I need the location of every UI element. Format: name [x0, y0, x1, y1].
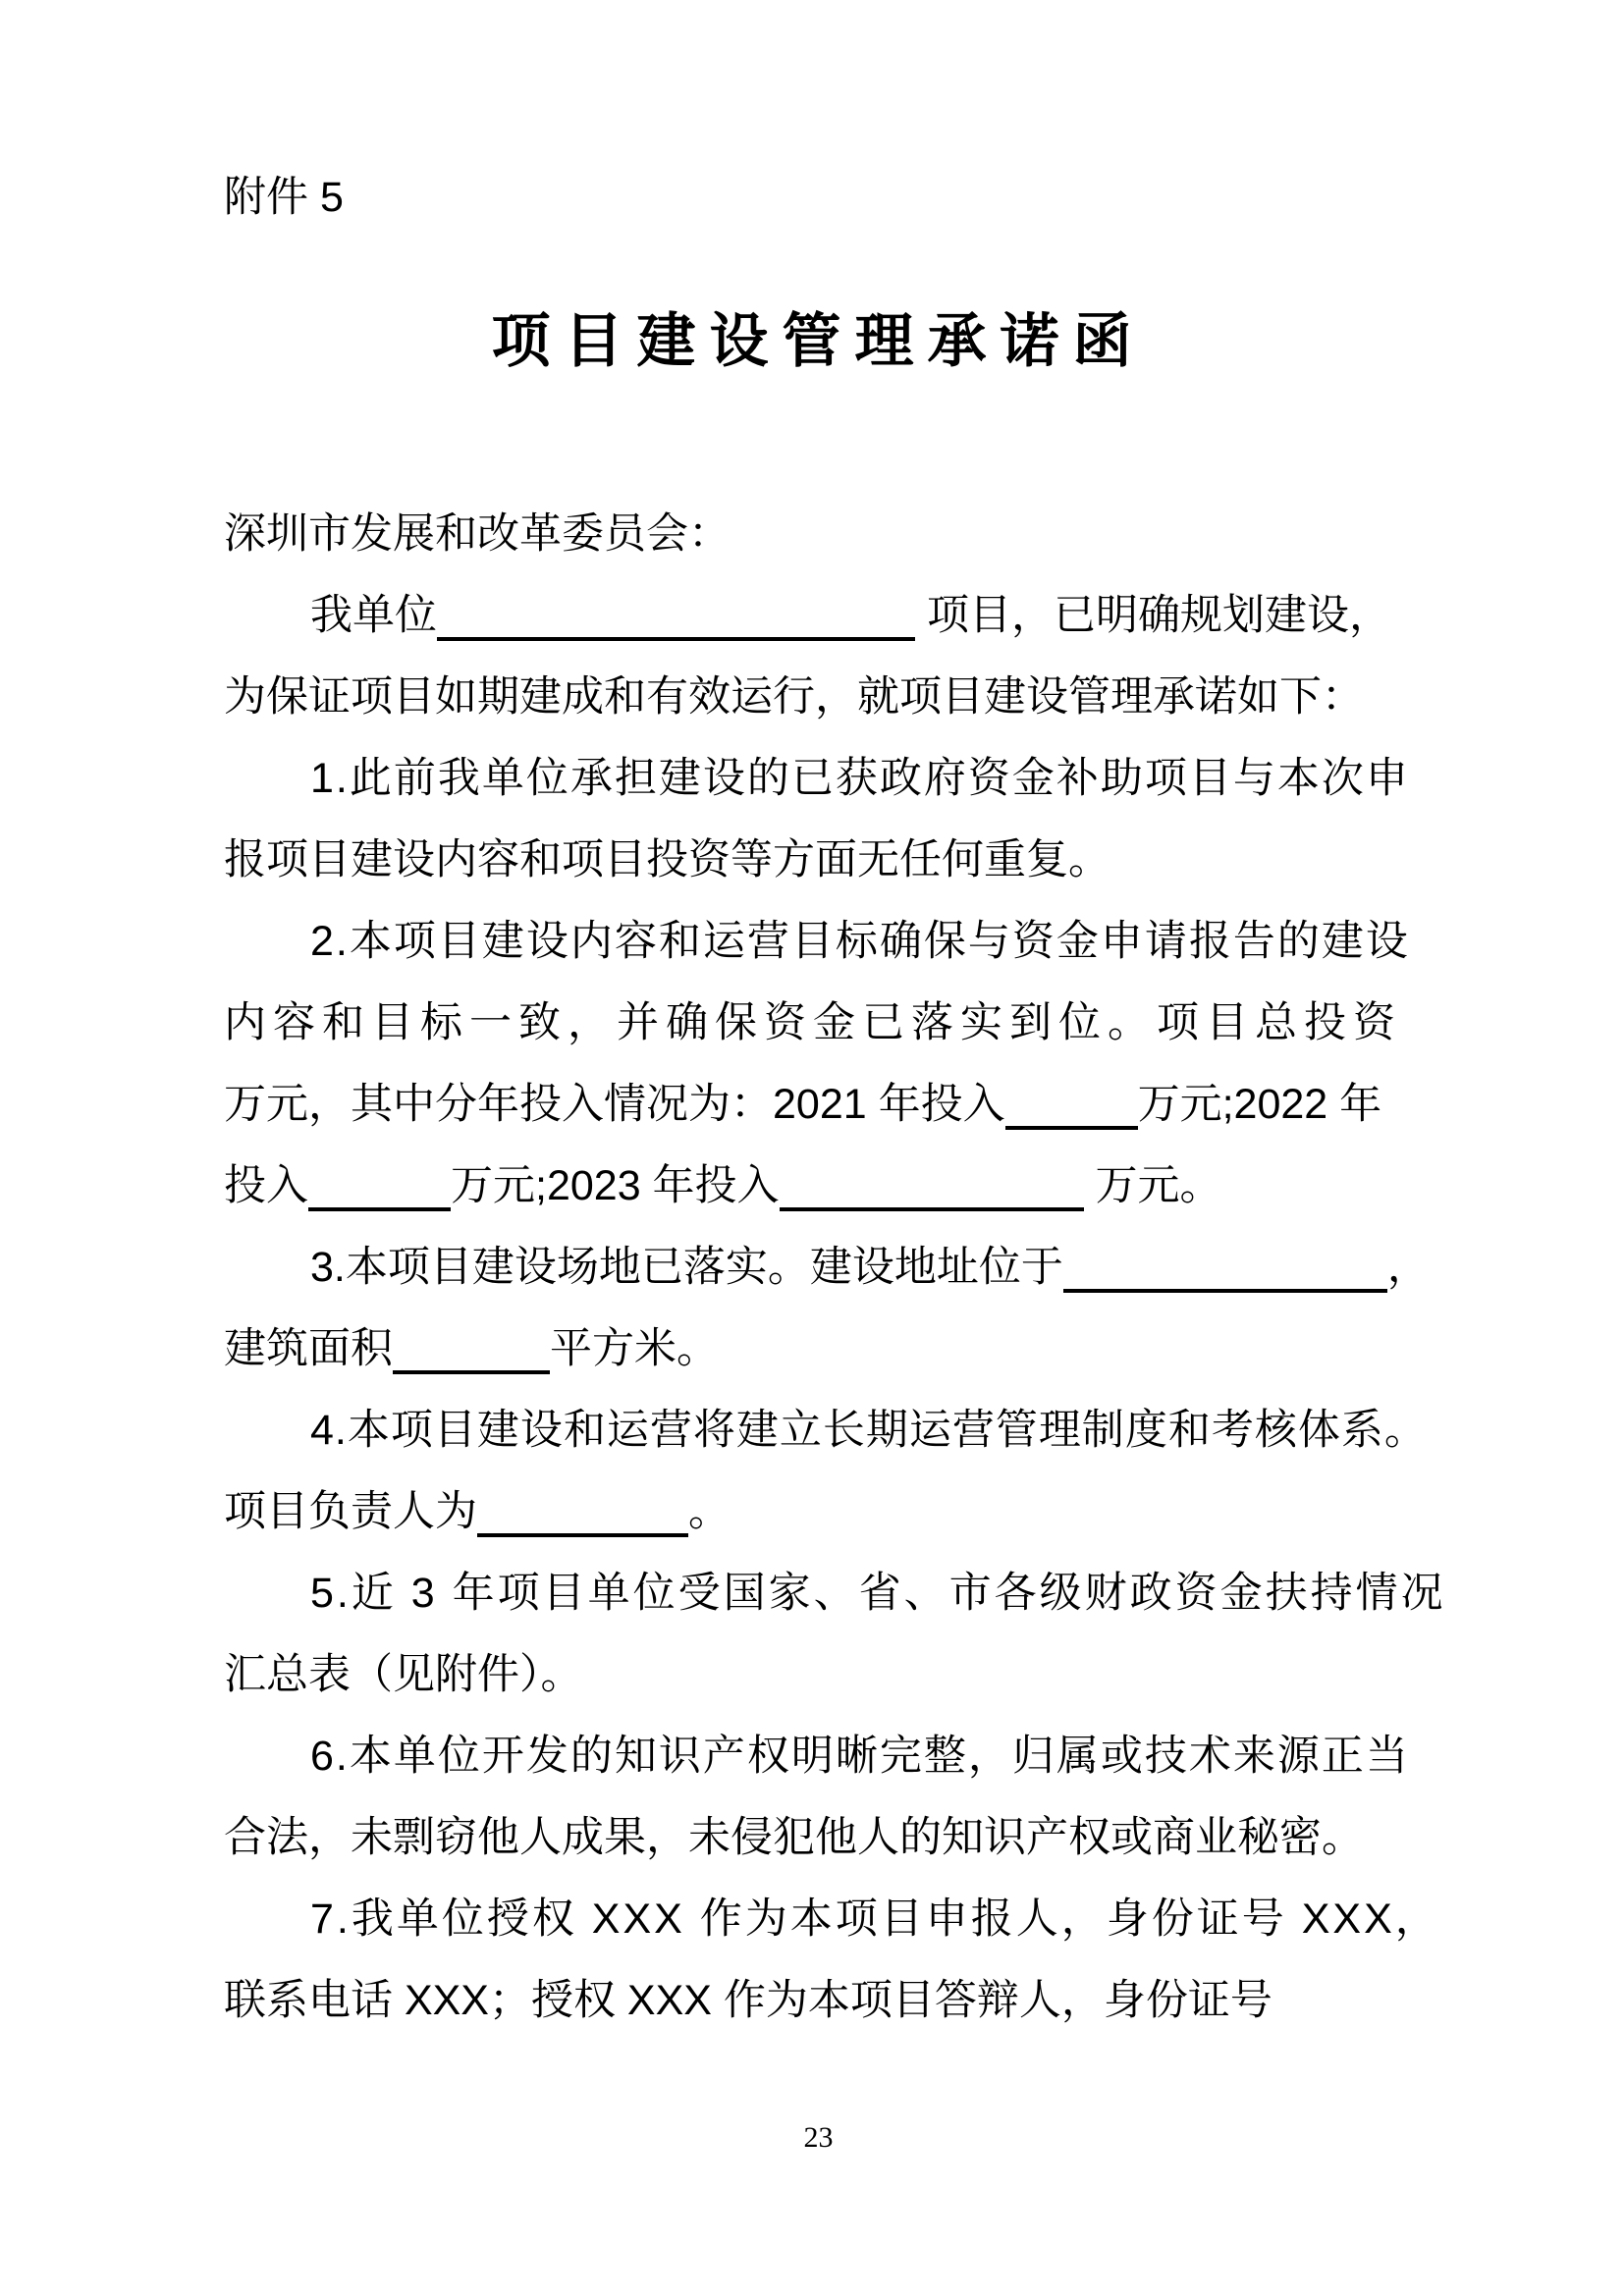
document-line: 6.本单位开发的知识产权明晰完整，归属或技术来源正当 — [224, 1716, 1413, 1797]
document-line: 4.本项目建设和运营将建立长期运营管理制度和考核体系。 — [224, 1390, 1413, 1471]
document-line: 为保证项目如期建成和有效运行，就项目建设管理承诺如下： — [224, 657, 1413, 738]
document-line: 7.我单位授权 XXX 作为本项目申报人，身份证号 XXX， — [224, 1879, 1413, 1960]
fill-in-blank-underline — [393, 1315, 550, 1374]
document-line: 5.近 3 年项目单位受国家、省、市各级财政资金扶持情况 — [224, 1553, 1413, 1634]
fill-in-blank-underline — [308, 1152, 451, 1211]
document-line: 深圳市发展和改革委员会： — [224, 494, 1413, 575]
fill-in-blank-underline — [437, 582, 915, 641]
fill-in-blank-underline — [477, 1478, 688, 1537]
text-run: 联系电话 XXX；授权 XXX 作为本项目答辩人，身份证号 — [224, 1977, 1272, 2024]
document-line: 建筑面积平方米。 — [224, 1308, 1413, 1390]
text-run: ， — [1387, 1244, 1430, 1291]
document-line: 2.本项目建设内容和运营目标确保与资金申请报告的建设 — [224, 901, 1413, 983]
text-run: 7.我单位授权 XXX 作为本项目申报人，身份证号 XXX， — [310, 1896, 1440, 1943]
document-line: 投入万元;2023 年投入 万元。 — [224, 1146, 1413, 1227]
text-run: 2.本项目建设内容和运营目标确保与资金申请报告的建设 — [310, 918, 1410, 965]
text-run: 建筑面积 — [224, 1325, 393, 1372]
text-run: 6.本单位开发的知识产权明晰完整，归属或技术来源正当 — [310, 1733, 1410, 1780]
text-run: 项目负责人为 — [224, 1488, 477, 1535]
document-line: 联系电话 XXX；授权 XXX 作为本项目答辩人，身份证号 — [224, 1960, 1413, 2042]
text-run: 汇总表（见附件）。 — [224, 1651, 583, 1698]
document-line: 我单位 项目，已明确规划建设， — [224, 575, 1413, 657]
document-body: 深圳市发展和改革委员会：我单位 项目，已明确规划建设，为保证项目如期建成和有效运… — [224, 494, 1413, 2042]
text-run: 万元。 — [1084, 1162, 1222, 1209]
text-run: 项目，已明确规划建设， — [915, 592, 1391, 639]
text-run: 万元;2022 年 — [1138, 1081, 1382, 1128]
page-number: 23 — [224, 2118, 1413, 2158]
text-run: 投入 — [224, 1162, 308, 1209]
text-run: 万元;2023 年投入 — [451, 1162, 780, 1209]
document-line: 汇总表（见附件）。 — [224, 1634, 1413, 1716]
document-line: 合法，未剽窃他人成果，未侵犯他人的知识产权或商业秘密。 — [224, 1797, 1413, 1879]
text-run: 万元，其中分年投入情况为：2021 年投入 — [224, 1081, 1005, 1128]
text-run: 1.此前我单位承担建设的已获政府资金补助项目与本次申 — [310, 755, 1410, 802]
document-line: 3.本项目建设场地已落实。建设地址位于， — [224, 1227, 1413, 1308]
document-page: 附件 5 项目建设管理承诺函 深圳市发展和改革委员会：我单位 项目，已明确规划建… — [0, 0, 1624, 2296]
document-line: 万元，其中分年投入情况为：2021 年投入万元;2022 年 — [224, 1064, 1413, 1146]
document-line: 项目负责人为。 — [224, 1471, 1413, 1553]
text-run: 。 — [688, 1488, 731, 1535]
document-line: 报项目建设内容和项目投资等方面无任何重复。 — [224, 820, 1413, 901]
fill-in-blank-underline — [1005, 1071, 1138, 1130]
document-title: 项目建设管理承诺函 — [224, 288, 1413, 396]
text-run: 3.本项目建设场地已落实。建设地址位于 — [310, 1244, 1063, 1291]
fill-in-blank-underline — [1063, 1234, 1387, 1293]
text-run: 平方米。 — [550, 1325, 719, 1372]
text-run: 报项目建设内容和项目投资等方面无任何重复。 — [224, 836, 1110, 883]
text-run: 合法，未剽窃他人成果，未侵犯他人的知识产权或商业秘密。 — [224, 1814, 1364, 1861]
fill-in-blank-underline — [780, 1152, 1084, 1211]
text-run: 深圳市发展和改革委员会： — [224, 510, 731, 558]
text-run: 4.本项目建设和运营将建立长期运营管理制度和考核体系。 — [310, 1407, 1428, 1454]
text-run: 为保证项目如期建成和有效运行，就项目建设管理承诺如下： — [224, 673, 1364, 721]
text-run: 我单位 — [310, 592, 437, 639]
document-line: 内容和目标一致，并确保资金已落实到位。项目总投资 — [224, 983, 1413, 1064]
document-line: 1.此前我单位承担建设的已获政府资金补助项目与本次申 — [224, 738, 1413, 820]
text-run: 5.近 3 年项目单位受国家、省、市各级财政资金扶持情况 — [310, 1570, 1446, 1617]
text-run: 内容和目标一致，并确保资金已落实到位。项目总投资 — [224, 999, 1402, 1046]
attachment-label: 附件 5 — [224, 157, 1413, 239]
